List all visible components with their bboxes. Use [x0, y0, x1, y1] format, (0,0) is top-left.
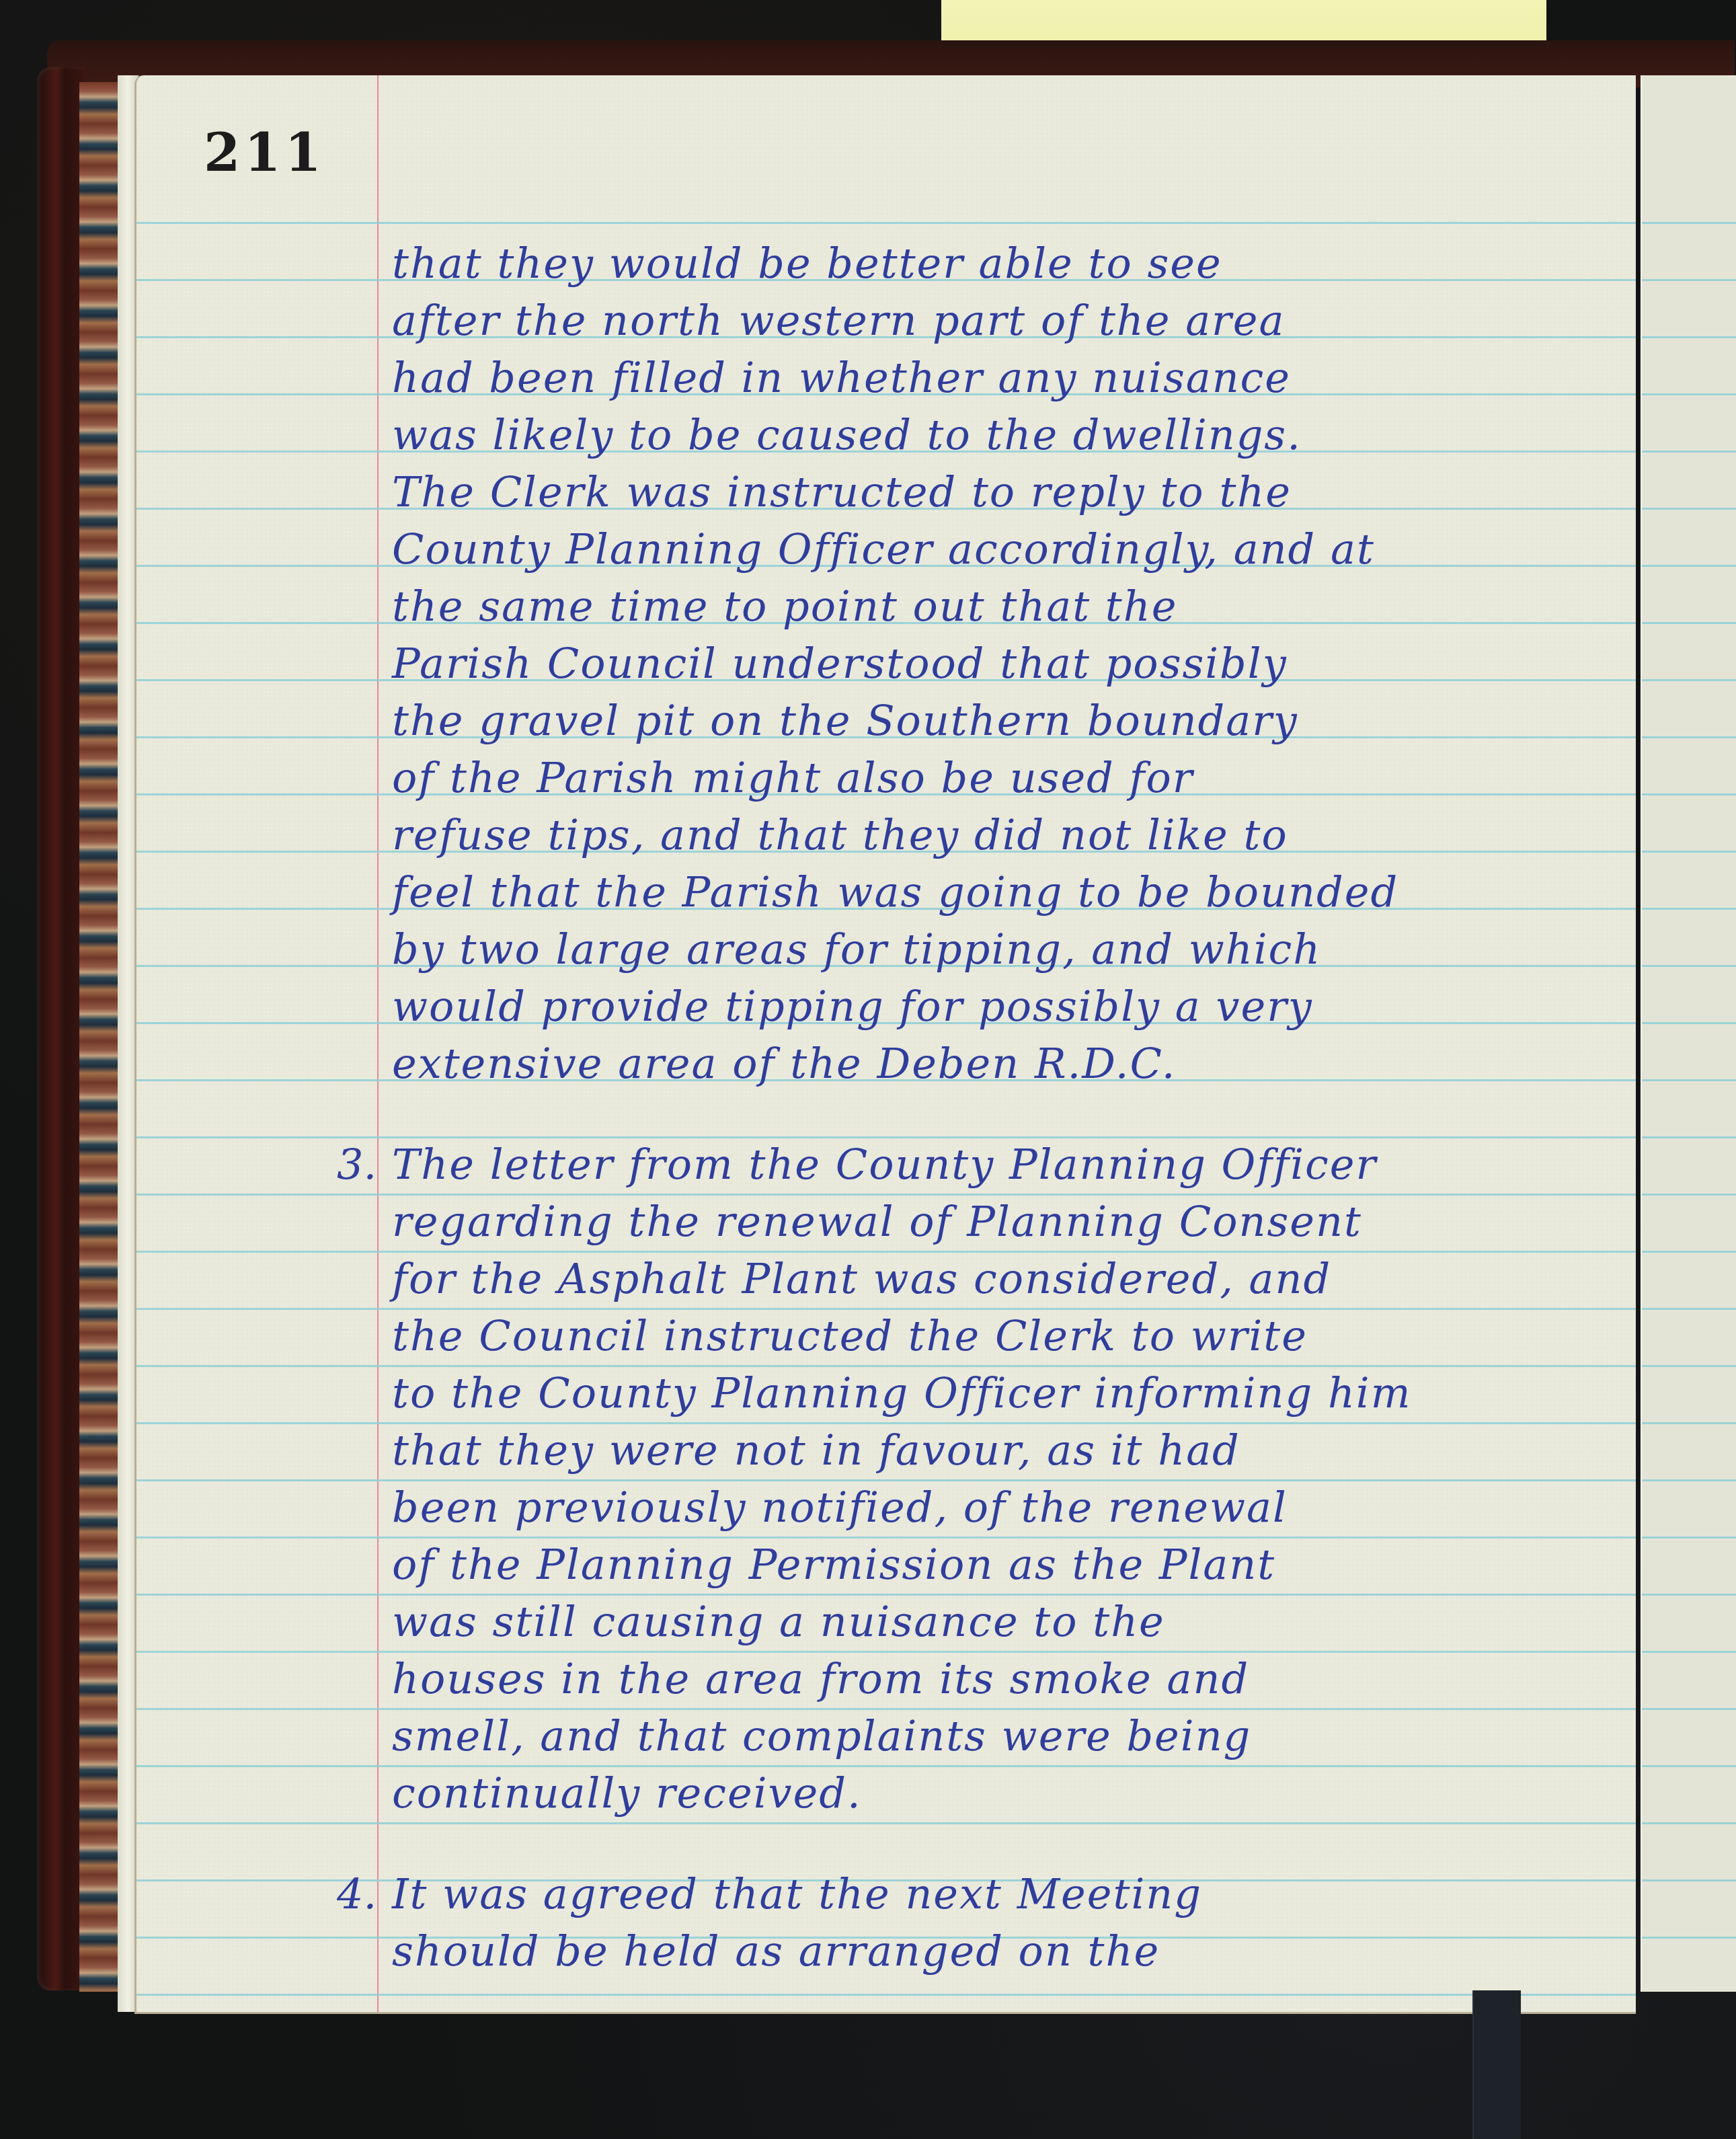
book-strap: [1472, 1990, 1521, 2139]
rule-line: [1642, 508, 1736, 510]
text-line: of the Planning Permission as the Plant: [392, 1538, 1636, 1592]
text-line: The letter from the County Planning Offi…: [392, 1138, 1636, 1192]
text-line: regarding the renewal of Planning Consen…: [392, 1195, 1636, 1249]
text-line: County Planning Officer accordingly, and…: [392, 522, 1636, 576]
rule-line: [1642, 1079, 1736, 1081]
rule-line: [1642, 1251, 1736, 1253]
rule-line: [1642, 851, 1736, 853]
rule-line: [1642, 679, 1736, 681]
book-spine: [37, 67, 84, 1990]
text-line: to the County Planning Officer informing…: [392, 1366, 1636, 1420]
rule-line: [1642, 393, 1736, 395]
rule-line: [1642, 279, 1736, 281]
rule-line: [1642, 451, 1736, 453]
rule-line: [1642, 1822, 1736, 1824]
rule-line: [1642, 793, 1736, 795]
text-line: should be held as arranged on the: [392, 1924, 1636, 1978]
rule-line: [1642, 336, 1736, 338]
rule-line: [1642, 1937, 1736, 1939]
text-line: for the Asphalt Plant was considered, an…: [392, 1252, 1636, 1306]
text-line: that they were not in favour, as it had: [392, 1424, 1636, 1477]
rule-line: [1642, 222, 1736, 224]
text-line: the Council instructed the Clerk to writ…: [392, 1309, 1636, 1363]
text-line: been previously notified, of the renewal: [392, 1481, 1636, 1534]
text-line: had been filled in whether any nuisance: [392, 351, 1636, 405]
rule-line: [136, 222, 1636, 224]
text-line: the gravel pit on the Southern boundary: [392, 694, 1636, 748]
rule-line: [1642, 1365, 1736, 1367]
page-number: 211: [204, 122, 325, 184]
rule-line: [1642, 1136, 1736, 1138]
rule-line: [1642, 1765, 1736, 1767]
rule-line: [1642, 1022, 1736, 1024]
rule-line: [1642, 1537, 1736, 1539]
rule-line: [1642, 908, 1736, 910]
text-line: would provide tipping for possibly a ver…: [392, 980, 1636, 1034]
text-line: houses in the area from its smoke and: [392, 1652, 1636, 1706]
rule-line: [136, 1994, 1636, 1996]
facing-page-edge: [1641, 75, 1736, 1992]
text-line: was likely to be caused to the dwellings…: [392, 408, 1636, 462]
text-line: feel that the Parish was going to be bou…: [392, 865, 1636, 919]
rule-line: [1642, 736, 1736, 738]
text-line: Parish Council understood that possibly: [392, 637, 1636, 691]
text-line: It was agreed that the next Meeting: [392, 1867, 1636, 1921]
text-line: The Clerk was instructed to reply to the: [392, 465, 1636, 519]
margin-line: [377, 75, 379, 2012]
marbled-page-edge: [79, 82, 120, 1992]
rule-line: [136, 1822, 1636, 1824]
rule-line: [1642, 1708, 1736, 1710]
item-number: 4.: [337, 1867, 377, 1921]
text-line: smell, and that complaints were being: [392, 1709, 1636, 1763]
rule-line: [1642, 622, 1736, 624]
rule-line: [1642, 1479, 1736, 1481]
rule-line: [1642, 1594, 1736, 1596]
rule-line: [1642, 965, 1736, 967]
text-line: after the north western part of the area: [392, 294, 1636, 348]
rule-line: [1642, 1308, 1736, 1310]
text-line: the same time to point out that the: [392, 580, 1636, 633]
text-line: by two large areas for tipping, and whic…: [392, 923, 1636, 976]
rule-line: [1642, 1879, 1736, 1881]
text-line: that they would be better able to see: [392, 237, 1636, 290]
rule-line: [1642, 1651, 1736, 1653]
ledger-page: 211 that they would be better able to se…: [134, 75, 1636, 2014]
rule-line: [1642, 565, 1736, 567]
text-line: was still causing a nuisance to the: [392, 1595, 1636, 1649]
item-number: 3.: [337, 1138, 377, 1192]
text-line: of the Parish might also be used for: [392, 751, 1636, 805]
text-line: extensive area of the Deben R.D.C.: [392, 1037, 1636, 1091]
text-line: refuse tips, and that they did not like …: [392, 808, 1636, 862]
text-line: continually received.: [392, 1766, 1636, 1820]
rule-line: [1642, 1194, 1736, 1196]
rule-line: [1642, 1422, 1736, 1424]
